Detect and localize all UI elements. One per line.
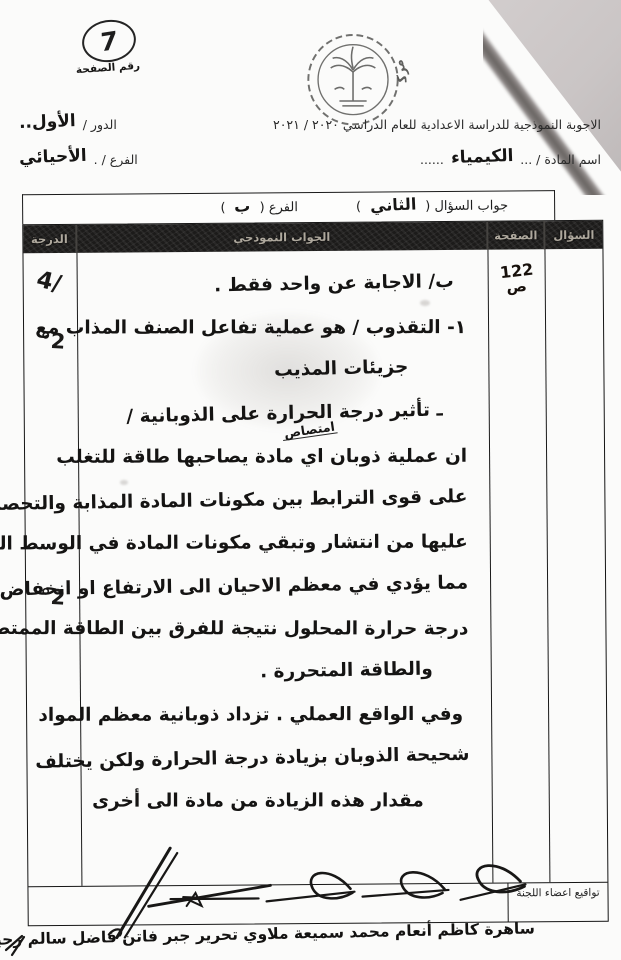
column-header-question: السؤال [545, 221, 602, 249]
subject-field: اسم المادة / ... الكيمياء ...... [420, 149, 601, 169]
header-row-2: اسم المادة / ... الكيمياء ...... الفرع /… [16, 149, 601, 169]
round-value: الأول.. [19, 111, 76, 133]
answer-line: درجة حرارة المحلول نتيجة للفرق بين الطاق… [86, 607, 468, 650]
answer-line: عليها من انتشار وتبقي مكونات المادة في ا… [86, 520, 468, 565]
column-header-page: الصفحة [488, 221, 545, 249]
model-answer-column: ب/ الاجابة عن واحد فقط . ١- التقذوب / هو… [77, 250, 493, 886]
column-header-model-answer: الجواب النموذجي [77, 222, 488, 253]
question-branch-close: ) [220, 201, 225, 216]
table-body: 4/ °2 °2 ب/ الاجابة عن واحد فقط . ١- الت… [23, 249, 607, 887]
answer-line: شحيحة الذوبان بزيادة درجة الحرارة ولكن ي… [87, 733, 470, 783]
answer-line: جزيئات المذيب [84, 345, 409, 396]
page-reference: 122 ص [489, 261, 545, 295]
question-answer-close: ) [356, 200, 361, 215]
answer-line-text: ان عملية ذوبان اي مادة يصاحبها طاقة للتغ… [56, 446, 467, 468]
question-answer-label: جواب السؤال ( [425, 198, 508, 214]
answer-line: ١- التقذوب / هو عملية تفاعل الصنف المذاب… [84, 306, 466, 349]
corner-pen-mark [0, 898, 42, 958]
table-header-strip: الدرجة الجواب النموذجي الصفحة السؤال [23, 221, 602, 254]
document-header: الاجوبة النموذجية للدراسة الاعدادية للعا… [16, 114, 601, 184]
header-row-1: الاجوبة النموذجية للدراسة الاعدادية للعا… [16, 114, 601, 134]
grade-mark: 4/ [34, 267, 64, 298]
branch-value: الأحيائي [19, 146, 87, 168]
page-number-circle: 7 [79, 16, 139, 66]
answer-line: مقدار هذه الزيادة من مادة الى أخرى [88, 779, 424, 822]
answer-line: ـ تأثير درجة الحرارة على الذوبانية / [84, 388, 443, 439]
table-box: الدرجة الجواب النموذجي الصفحة السؤال 4/ … [22, 220, 608, 927]
column-header-grade: الدرجة [23, 225, 77, 253]
answer-line: مما يؤدي في معظم الاحيان الى الارتفاع او… [86, 561, 469, 610]
round-field: الدور / الأول.. [16, 114, 117, 134]
signature-label: تواقيع اعضاء اللجنة [507, 883, 607, 922]
palm-tree-emblem [331, 47, 376, 106]
answer-line: والطاقة المتحررة . [86, 648, 433, 697]
svg-text:مركز فحص الدراسة الاعدادية: مركز فحص الدراسة الاعدادية [286, 0, 411, 84]
document-title: الاجوبة النموذجية للدراسة الاعدادية للعا… [273, 117, 601, 132]
question-bar: جواب السؤال ( الثاني ) الفرع ( ب ) [22, 190, 555, 224]
branch-label: الفرع / . [94, 152, 138, 167]
question-column [545, 249, 607, 882]
question-branch-label: الفرع ( [260, 200, 298, 215]
page-number: 7 [100, 25, 118, 57]
page-column: 122 ص [488, 249, 550, 882]
handwritten-answer: ب/ الاجابة عن واحد فقط . ١- التقذوب / هو… [77, 250, 492, 886]
branch-field: الفرع / . الأحيائي [16, 149, 138, 169]
answer-line: على قوى الترابط بين مكونات المادة المذاب… [85, 475, 468, 524]
scanned-exam-answer-sheet: { "page": { "number": "7", "number_label… [0, 0, 621, 960]
answer-line: ان عملية ذوبان اي مادة يصاحبها طاقة للتغ… [85, 435, 467, 479]
signature-space [28, 883, 507, 925]
seal-arc-text: مركز فحص الدراسة الاعدادية [286, 0, 411, 84]
answer-line: ب/ الاجابة عن واحد فقط . [83, 260, 454, 310]
subject-value: الكيمياء [450, 146, 513, 168]
page-number-label: رقم الصفحة [70, 59, 147, 76]
answer-table: جواب السؤال ( الثاني ) الفرع ( ب ) الدرج… [22, 190, 609, 927]
subject-label: اسم المادة / ... [520, 152, 601, 167]
answer-line: وفي الواقع العملي . تزداد ذوبانية معظم ا… [87, 693, 463, 737]
round-label: الدور / [83, 117, 117, 132]
question-number-value: الثاني [370, 194, 417, 215]
question-branch-value: ب [234, 196, 251, 216]
subject-dots: ...... [420, 152, 444, 167]
